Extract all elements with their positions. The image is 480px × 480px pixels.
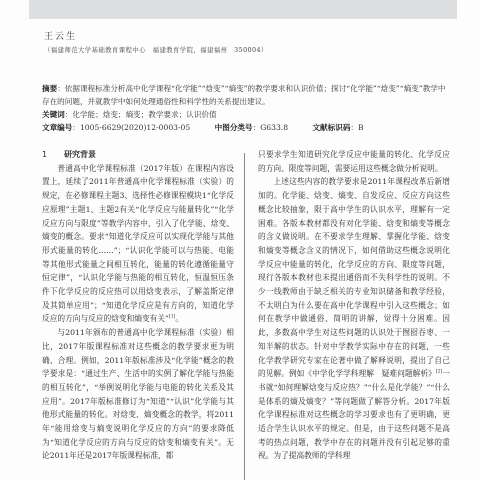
- section-heading: 1研究背景: [42, 148, 234, 162]
- body-paragraph: 只要求学生知道研究化学反应中能量的转化、化学反应的方向、限度等问题，需要运用这些…: [258, 148, 450, 175]
- article-no: ：1005-6629(2020)12-0003-05: [72, 123, 190, 132]
- section-title: 研究背景: [64, 150, 96, 159]
- clc-label: 中图分类号: [215, 123, 253, 132]
- section-number: 1: [42, 148, 64, 162]
- keywords-line: 关键词：化学能；焓变；熵变；教学要求；认识价值: [42, 108, 450, 121]
- paragraph-text: 上述这些内容的教学要求是2011年课程改革后新增加的。化学能、焓变、熵变、自发反…: [258, 177, 450, 378]
- abstract-paragraph: 摘要：依据课程标准分析高中化学课程“化学能”“焓变”“熵变”的教学要求和认识价值…: [42, 82, 450, 108]
- paragraph-text-continued: 一书就“如何理解焓变与反应热？”“什么是化学能？”“什么是体系的熵及熵变？”等问…: [258, 369, 450, 460]
- body-paragraph: 与2011年颁布的普通高中化学课程标准（实验）相比，2017年版课程标准对这些概…: [42, 326, 234, 463]
- doc-code-value: ：B: [350, 123, 363, 132]
- author-name: 王云生: [44, 29, 77, 42]
- doc-code-label: 文献标识码: [312, 123, 350, 132]
- abstract-text: ：依据课程标准分析高中化学课程“化学能”“焓变”“熵变”的教学要求和认识价值；探…: [42, 84, 446, 106]
- abstract-label: 摘要: [42, 84, 57, 93]
- column-divider: [244, 153, 245, 480]
- author-affiliation: （福建师范大学基础教育课程中心 福建教育学院，福建福州 350004）: [44, 45, 268, 54]
- paragraph-end: 。: [175, 314, 183, 323]
- keywords-text: ：化学能；焓变；熵变；教学要求；认识价值: [65, 110, 217, 119]
- body-paragraph: 上述这些内容的教学要求是2011年课程改革后新增加的。化学能、焓变、熵变、自发反…: [258, 175, 450, 463]
- left-column: 1研究背景 普通高中化学课程标准（2017年版）在课程内容设置上，延续了2011…: [42, 148, 234, 463]
- article-no-label: 文章编号: [42, 123, 72, 132]
- body-paragraph: 普通高中化学课程标准（2017年版）在课程内容设置上，延续了2011年普通高中化…: [42, 162, 234, 326]
- abstract-block: 摘要：依据课程标准分析高中化学课程“化学能”“焓变”“熵变”的教学要求和认识价值…: [42, 82, 450, 134]
- paragraph-text: 普通高中化学课程标准（2017年版）在课程内容设置上，延续了2011年普通高中化…: [42, 164, 234, 324]
- header-band: [29, 0, 457, 19]
- clc-value: ：G633.8: [253, 123, 288, 132]
- right-column: 只要求学生知道研究化学反应中能量的转化、化学反应的方向、限度等问题，需要运用这些…: [258, 148, 450, 463]
- article-meta-line: 文章编号：1005-6629(2020)12-0003-05 中图分类号：G63…: [42, 121, 450, 134]
- keywords-label: 关键词: [42, 110, 65, 119]
